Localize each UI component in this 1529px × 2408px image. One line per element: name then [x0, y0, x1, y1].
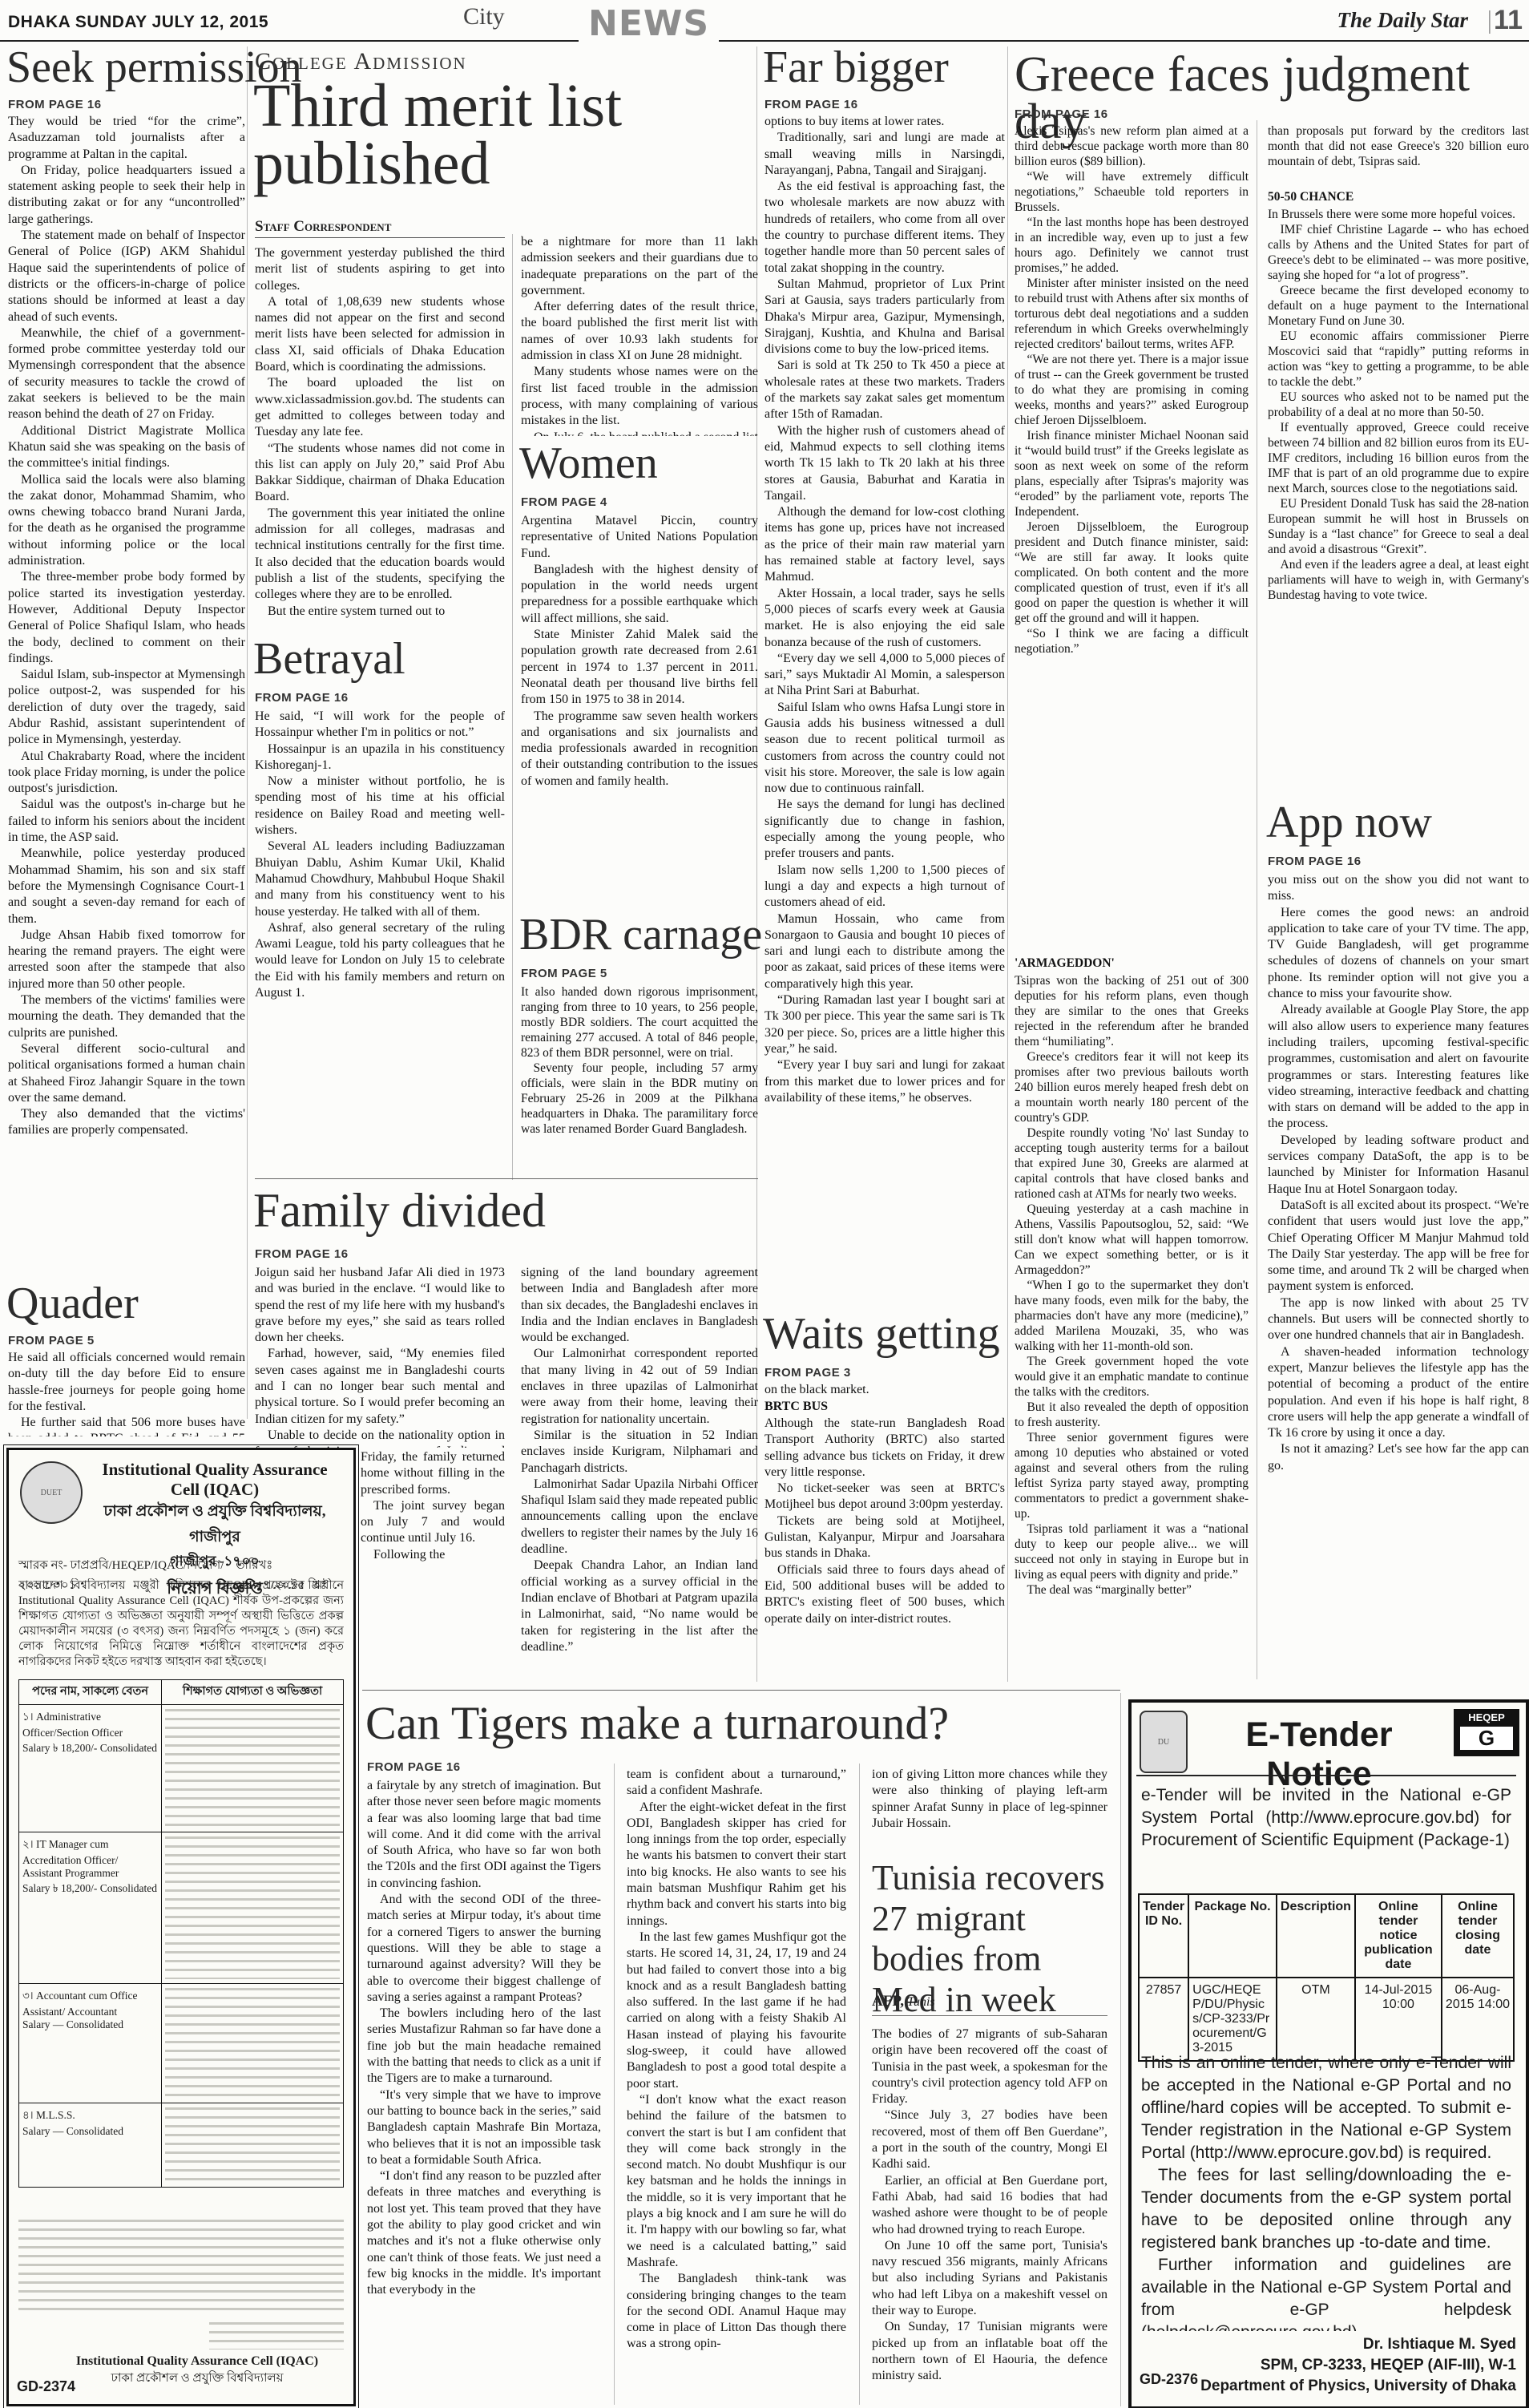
article-body-tunisia: The bodies of 27 migrants of sub-Saharan…: [872, 2026, 1107, 2403]
article-title-can-tigers: Can Tigers make a turnaround?: [365, 1701, 1119, 1745]
subhead-50-50-chance: 50-50 CHANCE: [1268, 189, 1529, 204]
etender-signature: Dr. Ishtiaque M. Syed SPM, CP-3233, HEQE…: [1180, 2334, 1516, 2397]
iqac-signature-block: [209, 2322, 344, 2349]
article-title-waits-getting: Waits getting: [763, 1313, 1000, 1356]
article-title-betrayal: Betrayal: [253, 638, 405, 681]
heqep-logo: HEQEP G: [1454, 1709, 1519, 1756]
iqac-terms-block: [18, 2220, 344, 2316]
etender-th-tender-id: Tender ID No.: [1139, 1894, 1188, 1978]
etender-cell-tender-id: 27857: [1139, 1978, 1188, 2061]
etender-cell-package: UGC/HEQEP/DU/Physics/CP-3233/Procurement…: [1188, 1978, 1277, 2061]
article-body-family-col-a: Joigun said her husband Jafar Ali died i…: [255, 1265, 505, 1448]
iqac-footer: Institutional Quality Assurance Cell (IQ…: [65, 2354, 329, 2389]
article-body-greece-col1-a: Alexis Tsipras's new reform plan aimed a…: [1015, 123, 1249, 953]
article-body-greece-col2-b: In Brussels there were some more hopeful…: [1268, 207, 1529, 792]
article-title-far-bigger: Far bigger: [763, 46, 949, 89]
iqac-row-post: ৩। Accountant cum Office Assistant/ Acco…: [19, 1984, 162, 2103]
etender-body-text: This is an online tender, where only e-T…: [1141, 2052, 1511, 2331]
masthead-divider: |: [1487, 5, 1492, 34]
frompage-far-bigger: FROM PAGE 16: [764, 98, 858, 111]
etender-th-description: Description: [1277, 1894, 1355, 1978]
article-body-seek-permission: They would be tried “for the crime”, Asa…: [8, 114, 245, 1275]
frompage-waits: FROM PAGE 3: [764, 1366, 851, 1380]
article-body-app-now: you miss out on the show you did not wan…: [1268, 872, 1529, 1682]
heqep-g-glyph: G: [1458, 1725, 1515, 1751]
article-title-third-merit: Third merit list published: [253, 77, 750, 192]
article-body-greece-col1-b: Tsipras won the backing of 251 out of 30…: [1015, 973, 1249, 1682]
byline-rule: [255, 237, 505, 238]
frompage-family: FROM PAGE 16: [255, 1247, 349, 1261]
etender-cell-closing: 06-Aug-2015 14:00: [1442, 1978, 1514, 2061]
iqac-row-qual: [162, 1832, 344, 1984]
byline-rule: [872, 2015, 1107, 2016]
masthead-paper: The Daily Star: [1337, 8, 1468, 33]
etender-title: E-Tender Notice: [1191, 1715, 1447, 1794]
frompage-tigers: FROM PAGE 16: [367, 1760, 461, 1774]
iqac-table: পদের নাম, সাকল্যে বেতন শিক্ষাগত যোগ্যতা …: [18, 1679, 344, 2188]
iqac-title-bn: ঢাকা প্রকৌশল ও প্রযুক্তি বিশ্ববিদ্যালয়,…: [86, 1500, 344, 1551]
article-body-family-col-a-wrap: Friday, the family returned home without…: [361, 1449, 505, 1682]
article-body-third-merit-col-a: The government yesterday published the t…: [255, 245, 505, 632]
article-body-tigers-col1: a fairytale by any stretch of imaginatio…: [367, 1778, 601, 2402]
byline-staff-correspondent: Staff Correspondent: [255, 218, 391, 236]
iqac-row-qual: [162, 1705, 344, 1832]
iqac-footer-bn: ঢাকা প্রকৌশল ও প্রযুক্তি বিশ্ববিদ্যালয়: [65, 2369, 329, 2389]
article-title-women: Women: [519, 442, 658, 485]
column-rule: [1007, 46, 1008, 1682]
frompage-women: FROM PAGE 4: [521, 495, 607, 509]
iqac-row-post: ১। Administrative Officer/Section Office…: [19, 1705, 162, 1832]
etender-intro: e-Tender will be invited in the National…: [1141, 1784, 1511, 1887]
article-body-tigers-col3: ion of giving Litton more chances while …: [872, 1767, 1107, 1844]
article-body-bdr-carnage: It also handed down rigorous imprisonmen…: [521, 984, 758, 1175]
article-body-family-col-b: signing of the land boundary agreement b…: [521, 1265, 758, 1683]
etender-notice-box: DU HEQEP G E-Tender Notice e-Tender will…: [1128, 1699, 1529, 2408]
article-body-far-bigger: options to buy items at lower rates. Tra…: [764, 114, 1005, 1302]
iqac-th-qual: শিক্ষাগত যোগ্যতা ও অভিজ্ঞতা: [162, 1680, 344, 1705]
section-rule: [255, 1178, 758, 1179]
etender-cell-publication: 14-Jul-2015 10:00: [1355, 1978, 1442, 2061]
frompage-seek: FROM PAGE 16: [8, 98, 102, 111]
frompage-quader: FROM PAGE 5: [8, 1334, 95, 1347]
etender-th-publication: Online tender notice publication date: [1355, 1894, 1442, 1978]
frompage-betrayal: FROM PAGE 16: [255, 691, 349, 705]
kicker-college-admission: College Admission: [255, 48, 467, 75]
article-body-betrayal: He said, “I will work for the people of …: [255, 709, 505, 1166]
article-body-waits-getting: Although the state-run Bangladesh Road T…: [764, 1416, 1005, 1682]
etender-table: Tender ID No. Package No. Description On…: [1138, 1893, 1515, 2062]
article-lead-waits: on the black market.: [764, 1382, 1005, 1398]
byline-afp-tunis: AFP, Tunis: [872, 1993, 935, 2010]
masthead-date: DHAKA SUNDAY JULY 12, 2015: [8, 13, 268, 32]
duet-logo: DUET: [20, 1461, 83, 1524]
iqac-title-en: Institutional Quality Assurance Cell (IQ…: [86, 1460, 344, 1500]
masthead-rule: [0, 40, 1529, 42]
article-body-third-merit-col-b: be a nightmare for more than 11 lakh adm…: [521, 234, 758, 436]
article-title-bdr-carnage: BDR carnage: [519, 914, 762, 956]
du-logo: DU: [1140, 1711, 1188, 1773]
subhead-armageddon: 'ARMAGEDDON': [1015, 956, 1249, 971]
iqac-row-qual: [162, 1984, 344, 2103]
subhead-brtc-bus: BRTC BUS: [764, 1399, 1005, 1415]
iqac-gd-number: GD-2374: [17, 2378, 75, 2395]
section-label-news: NEWS: [579, 3, 719, 44]
iqac-row-post: ২। IT Manager cum Accreditation Officer/…: [19, 1832, 162, 1984]
article-body-tigers-col2: team is confident about a turnaround,” s…: [627, 1767, 846, 2405]
column-rule: [614, 1764, 615, 2405]
column-rule: [1120, 1693, 1121, 2406]
frompage-app-now: FROM PAGE 16: [1268, 855, 1362, 868]
newspaper-page: DHAKA SUNDAY JULY 12, 2015 City NEWS The…: [0, 0, 1529, 2408]
page-number: 11: [1494, 5, 1523, 36]
column-rule: [859, 1764, 860, 2405]
article-title-family-divided: Family divided: [253, 1188, 546, 1234]
article-title-quader: Quader: [6, 1283, 139, 1325]
frompage-bdr: FROM PAGE 5: [521, 967, 607, 980]
column-rule: [512, 234, 513, 1180]
iqac-notice-box: DUET Institutional Quality Assurance Cel…: [6, 1448, 356, 2406]
section-rule: [362, 1690, 1120, 1691]
iqac-row-post: ৪। M.L.S.S. Salary — Consolidated: [19, 2103, 162, 2188]
etender-gd-number: GD-2376: [1140, 2371, 1198, 2388]
etender-cell-description: OTM: [1277, 1978, 1355, 2061]
etender-th-package: Package No.: [1188, 1894, 1277, 1978]
iqac-intro: বাংলাদেশ বিশ্ববিদ্যালয় মঞ্জুরী কমিশনের …: [18, 1578, 344, 1673]
section-label-city: City: [463, 3, 505, 30]
iqac-row-qual: [162, 2103, 344, 2188]
etender-title-rule: [1136, 1775, 1516, 1776]
article-body-women: Argentina Matavel Piccin, country repres…: [521, 513, 758, 911]
iqac-th-post: পদের নাম, সাকল্যে বেতন: [19, 1680, 162, 1705]
heqep-label: HEQEP: [1468, 1711, 1505, 1723]
frompage-greece: FROM PAGE 16: [1015, 107, 1108, 121]
iqac-footer-en: Institutional Quality Assurance Cell (IQ…: [65, 2354, 329, 2369]
article-body-greece-col2-a: than proposals put forward by the credit…: [1268, 123, 1529, 188]
column-rule: [247, 46, 248, 1419]
etender-th-closing: Online tender closing date: [1442, 1894, 1514, 1978]
article-body-quader: He said all officials concerned would re…: [8, 1350, 245, 1436]
column-rule: [1257, 120, 1257, 1679]
article-title-app-now: App now: [1266, 802, 1432, 844]
